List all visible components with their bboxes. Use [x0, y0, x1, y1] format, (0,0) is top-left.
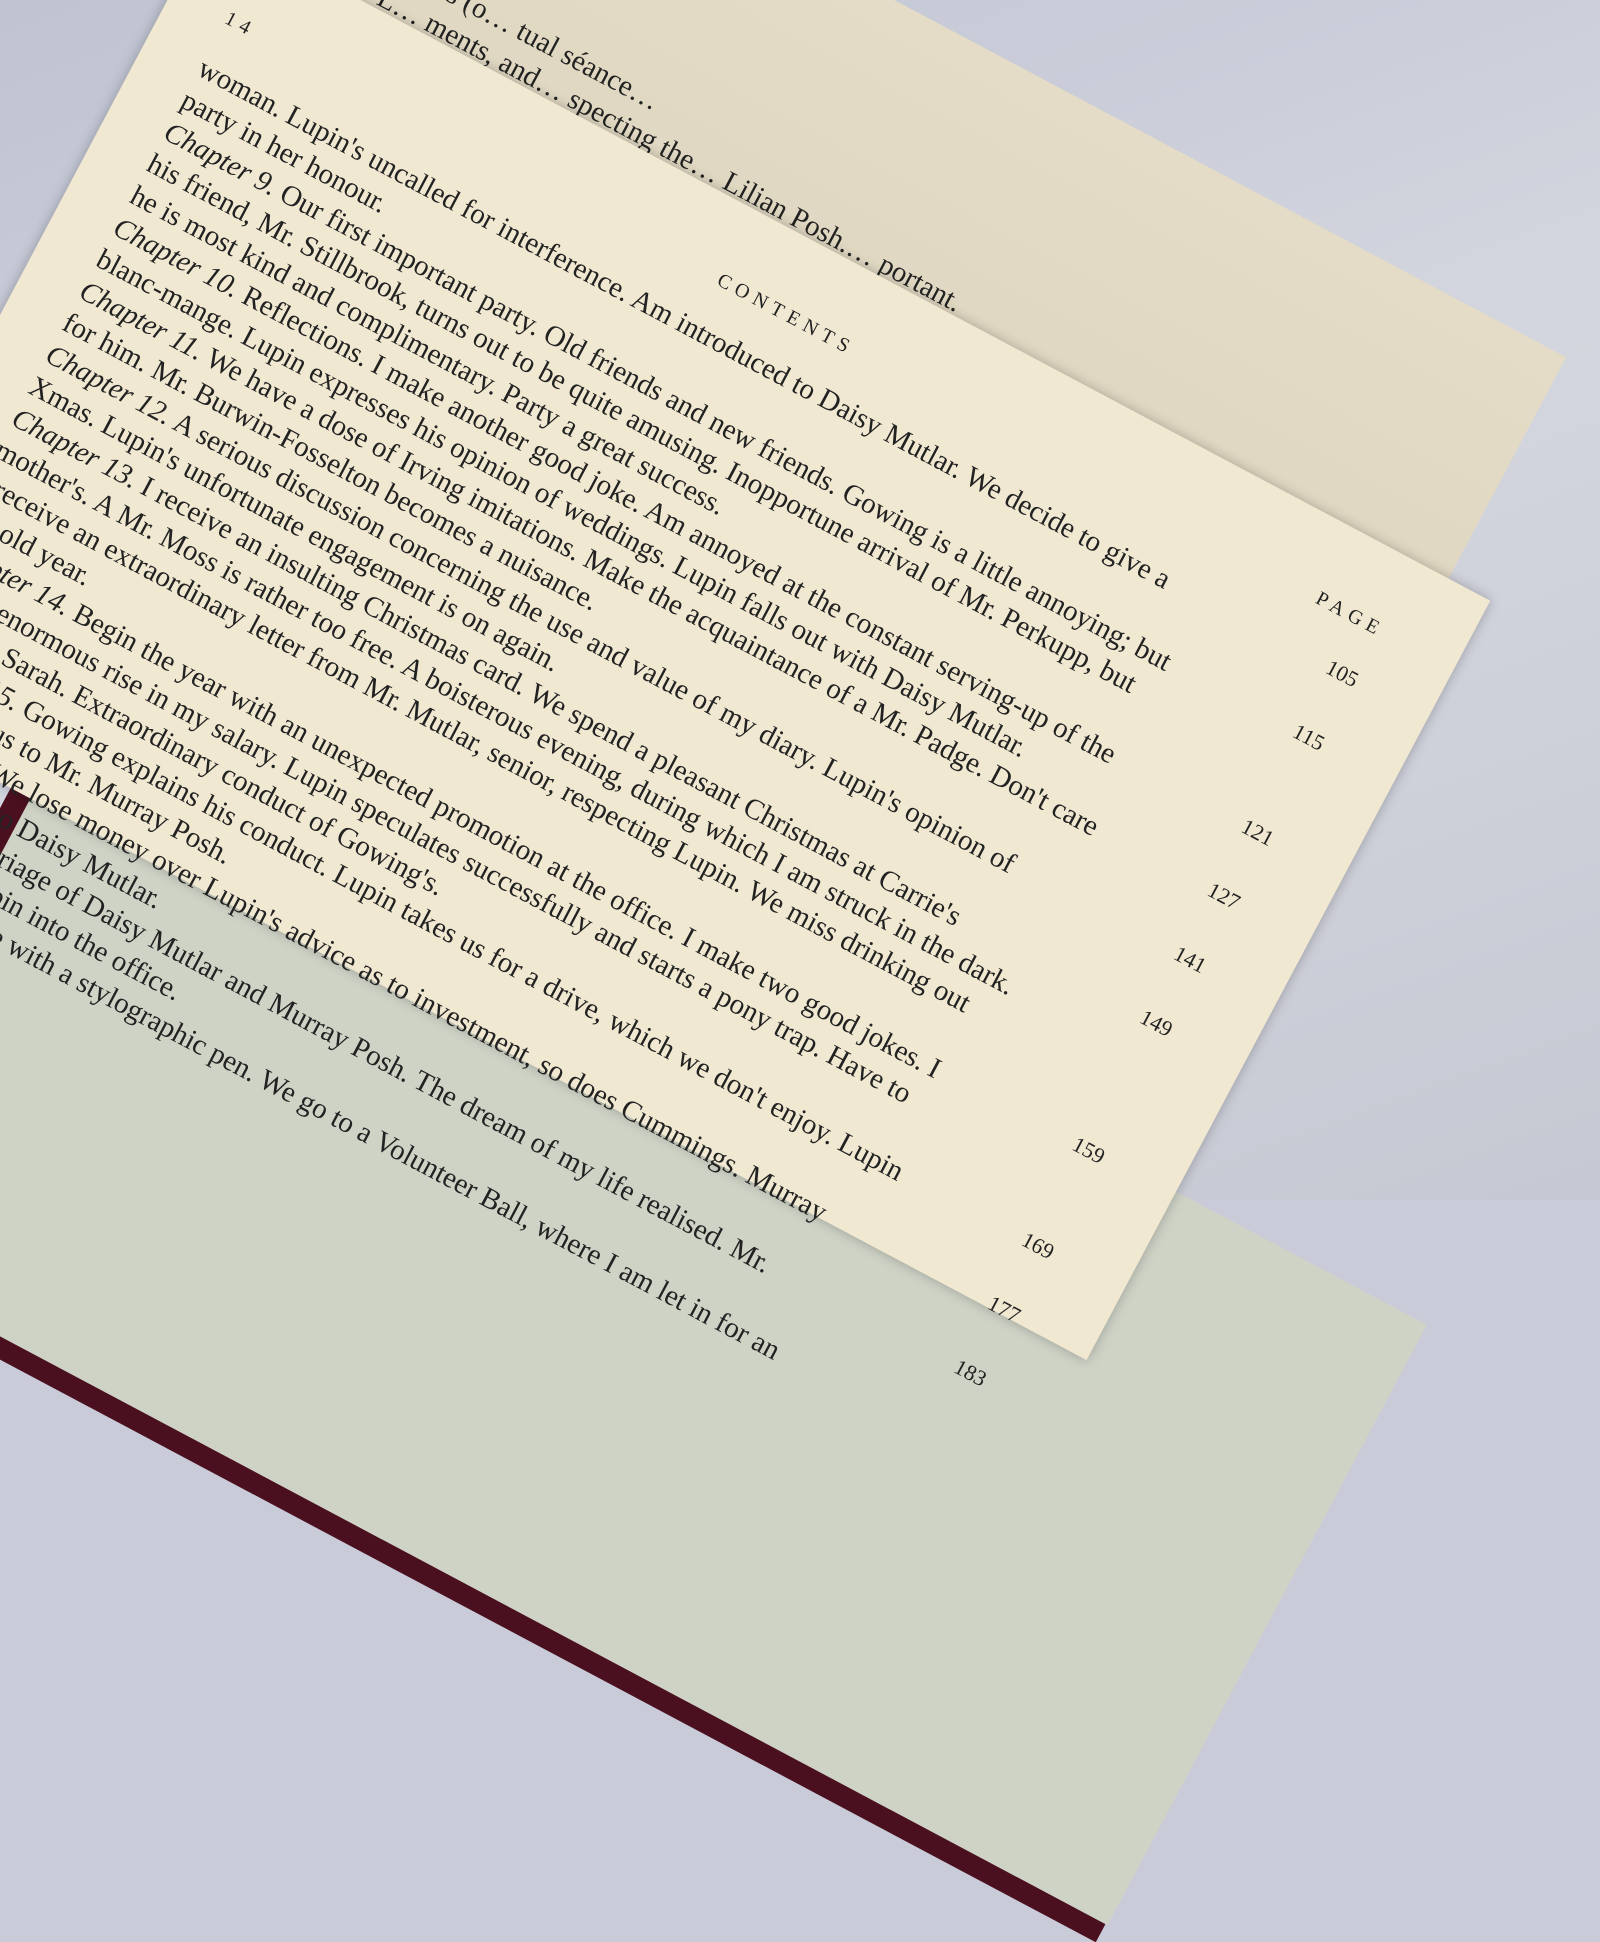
- entry-page: 115: [1252, 714, 1331, 824]
- entry-page: 159: [1032, 1127, 1112, 1200]
- entry-page: 105: [1302, 650, 1365, 729]
- entry-page: 141: [1150, 936, 1213, 1015]
- entry-page: 149: [1083, 1000, 1180, 1143]
- entry-page: 121: [1218, 809, 1281, 888]
- entry-page: 127: [1184, 873, 1247, 952]
- page-number: 14: [218, 1, 263, 48]
- page-column-label: PAGE: [1309, 581, 1392, 648]
